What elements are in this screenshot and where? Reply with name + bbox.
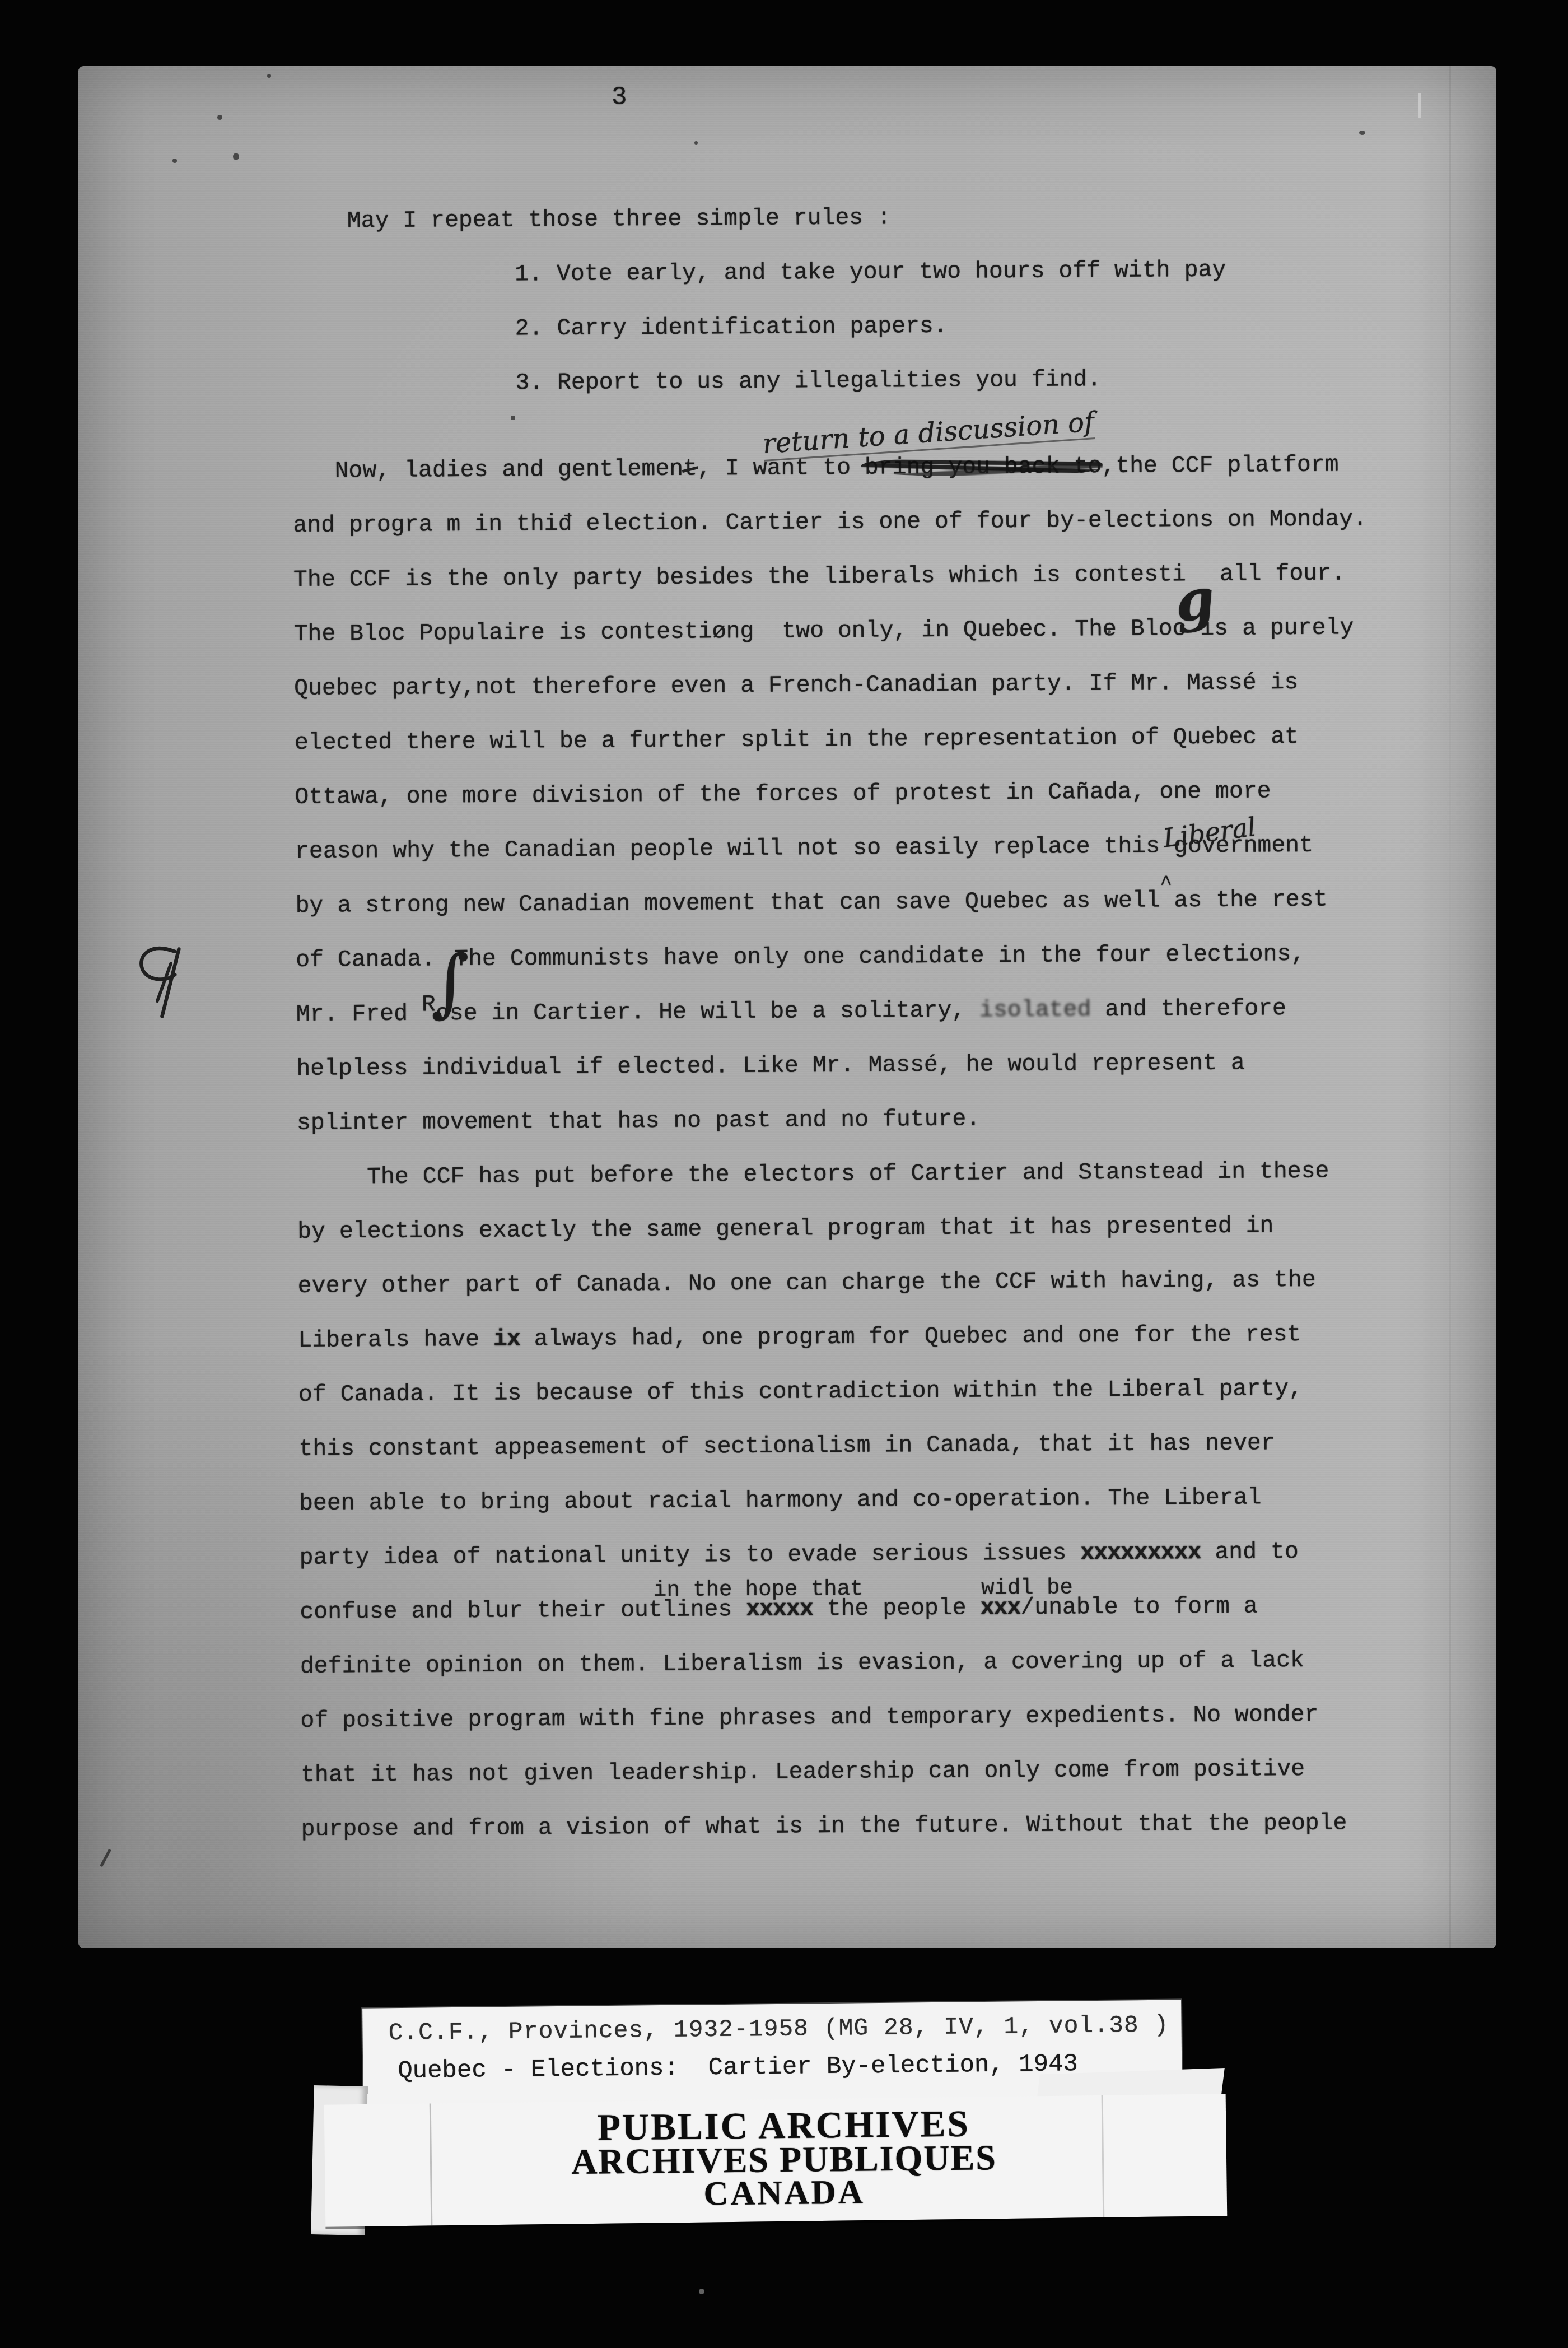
typewritten-line: elected there will be a further split in… (295, 723, 1415, 784)
typewritten-line: of positive program with fine phrases an… (300, 1701, 1421, 1762)
typed-text: been able to bring about racial harmony … (299, 1484, 1262, 1516)
typewritten-line: definite opinion on them. Liberalism is … (300, 1647, 1421, 1708)
typewritten-line: Now, ladies and gentlement, I want to br… (293, 451, 1413, 513)
typewritten-line: helpless individual if elected. Like Mr.… (296, 1049, 1417, 1110)
dust-speck (511, 416, 515, 420)
typed-text: party idea of national unity is to evade… (300, 1540, 1081, 1571)
typewritten-line: this constant appeasement of sectionalis… (298, 1429, 1419, 1490)
card-edge-shadow (325, 2216, 1227, 2229)
typewritten-line: 3. Report to us any illegalities you fin… (292, 365, 1413, 426)
scribble-ink (861, 456, 1103, 477)
handwritten-paragraph-mark (133, 940, 189, 1024)
typewritten-line: that it has not given leadership. Leader… (301, 1755, 1421, 1816)
typed-text: all four. (1220, 561, 1345, 588)
dust-speck (172, 159, 177, 163)
reference-line-2: Quebec - Elections: Cartier By-election,… (398, 2050, 1078, 2085)
typewritten-line: May I repeat those three simple rules : (291, 202, 1412, 263)
typewritten-line: by a strong new Canadian movement that c… (295, 886, 1416, 947)
typewritten-line: The Bloc Populaire is contestiøng two on… (294, 614, 1415, 675)
typewritten-line: 1. Vote early, and take your two hours o… (292, 256, 1412, 317)
typewritten-line: by elections exactly the same general pr… (297, 1212, 1418, 1273)
superscript-letter: R (422, 991, 436, 1018)
dust-speck (267, 74, 271, 78)
dust-speck (233, 153, 239, 160)
typed-text: purpose and from a vision of what is in … (301, 1810, 1347, 1843)
typewritten-line: been able to bring about racial harmony … (299, 1484, 1420, 1545)
public-archives-stamp: PUBLIC ARCHIVES ARCHIVES PUBLIQUES CANAD… (358, 2104, 1210, 2215)
typed-text: Quebec party,not therefore even a French… (294, 669, 1298, 702)
typed-text: 3. Report to us any illegalities you fin… (515, 366, 1101, 396)
typed-text: Liberals have (298, 1326, 493, 1354)
overtyped-deletion: xxxxxxxxx (1080, 1539, 1201, 1566)
typed-text: The CCF is the only party besides the li… (293, 561, 1186, 593)
typed-text: May I repeat those three simple rules : (347, 204, 892, 234)
typed-text: reason why the Canadian people will not … (295, 833, 1160, 865)
dust-speck (694, 141, 698, 145)
typed-text: ,the CCF platform (1102, 452, 1339, 480)
typed-text: elected there will be a further split in… (295, 724, 1299, 756)
typed-text: 2. Carry identification papers. (515, 313, 948, 342)
typed-text: of positive program with fine phrases an… (300, 1702, 1318, 1734)
page-number: 3 (612, 83, 627, 112)
typewritten-line: of Canada. It is because of this contrad… (298, 1375, 1419, 1436)
typewritten-line: reason why the Canadian people will not … (295, 832, 1416, 893)
typewritten-line: The CCF has put before the electors of C… (297, 1158, 1417, 1219)
dust-speck (699, 2289, 704, 2294)
faint-text: isolated (979, 996, 1091, 1023)
typewritten-line: Quebec party,not therefore even a French… (294, 669, 1415, 730)
typewritten-line: splinter movement that has no past and n… (297, 1103, 1417, 1164)
typed-text: by elections exactly the same general pr… (297, 1213, 1274, 1245)
typewritten-line: every other part of Canada. No one can c… (298, 1266, 1418, 1327)
typed-text: that it has not given leadership. Leader… (301, 1756, 1305, 1788)
typewritten-line: The CCF is the only party besides the li… (293, 560, 1414, 621)
typed-text: and therefore (1091, 995, 1286, 1023)
typed-text: ose in Cartier. He will be a solitary, (436, 998, 980, 1027)
typed-text: The CCF has put before the electors of C… (367, 1158, 1329, 1190)
typed-text: definite opinion on them. Liberalism is … (300, 1647, 1304, 1680)
typewritten-body: May I repeat those three simple rules : … (291, 202, 1421, 1871)
typed-text: Now, ladies and gentlemen (334, 456, 683, 484)
typed-text: 1. Vote early, and take your two hours o… (515, 257, 1226, 288)
typewritten-line: Liberals have ix always had, one program… (298, 1321, 1418, 1382)
bracket-glyph: ∫ (431, 939, 470, 1026)
typed-text: helpless individual if elected. Like Mr.… (296, 1050, 1245, 1082)
typed-text: splinter movement that has no past and n… (297, 1106, 981, 1136)
typed-text: Mr. Fred (296, 1001, 422, 1028)
scratch-mark (1418, 93, 1421, 118)
typed-text: of Canada. It is because of this contrad… (298, 1376, 1303, 1408)
dust-speck (1359, 131, 1365, 135)
typed-text: Ottawa, one more division of the forces … (295, 778, 1271, 810)
typewritten-line: purpose and from a vision of what is in … (301, 1810, 1422, 1871)
scribbled-out-text: bring you back toreturn to a discussion … (865, 453, 1102, 481)
typed-text: always had, one program for Quebec and o… (520, 1321, 1301, 1353)
struck-letter: t (683, 456, 697, 482)
overtyped-deletion: ix (493, 1326, 520, 1353)
handwritten-g: g (1172, 565, 1218, 635)
dust-speck (217, 115, 222, 120)
typed-text: of Canada. (296, 946, 435, 973)
reference-line-1: C.C.F., Provinces, 1932-1958 (MG 28, IV,… (388, 2011, 1169, 2047)
typewritten-line: 2. Carry identification papers. (292, 310, 1412, 371)
caret-glyph: ^ (1160, 872, 1172, 895)
typewritten-line: of Canada.∫The Communists have only one … (296, 940, 1416, 1001)
typed-text: and to (1201, 1539, 1299, 1566)
scanned-document-photo: 3 May I repeat those three simple rules … (0, 0, 1568, 2348)
typewritten-line: and progra m in thiđ election. Cartier i… (293, 506, 1413, 567)
typed-text: this constant appeasement of sectionalis… (298, 1430, 1275, 1462)
typed-text: The Communists have only one candidate i… (454, 941, 1305, 972)
typed-text: every other part of Canada. No one can c… (298, 1267, 1316, 1299)
typed-text: by a strong new Canadian movement that c… (295, 887, 1327, 919)
dust-speck (1108, 630, 1111, 633)
typed-text: in the hope that widl be (654, 1576, 1073, 1603)
